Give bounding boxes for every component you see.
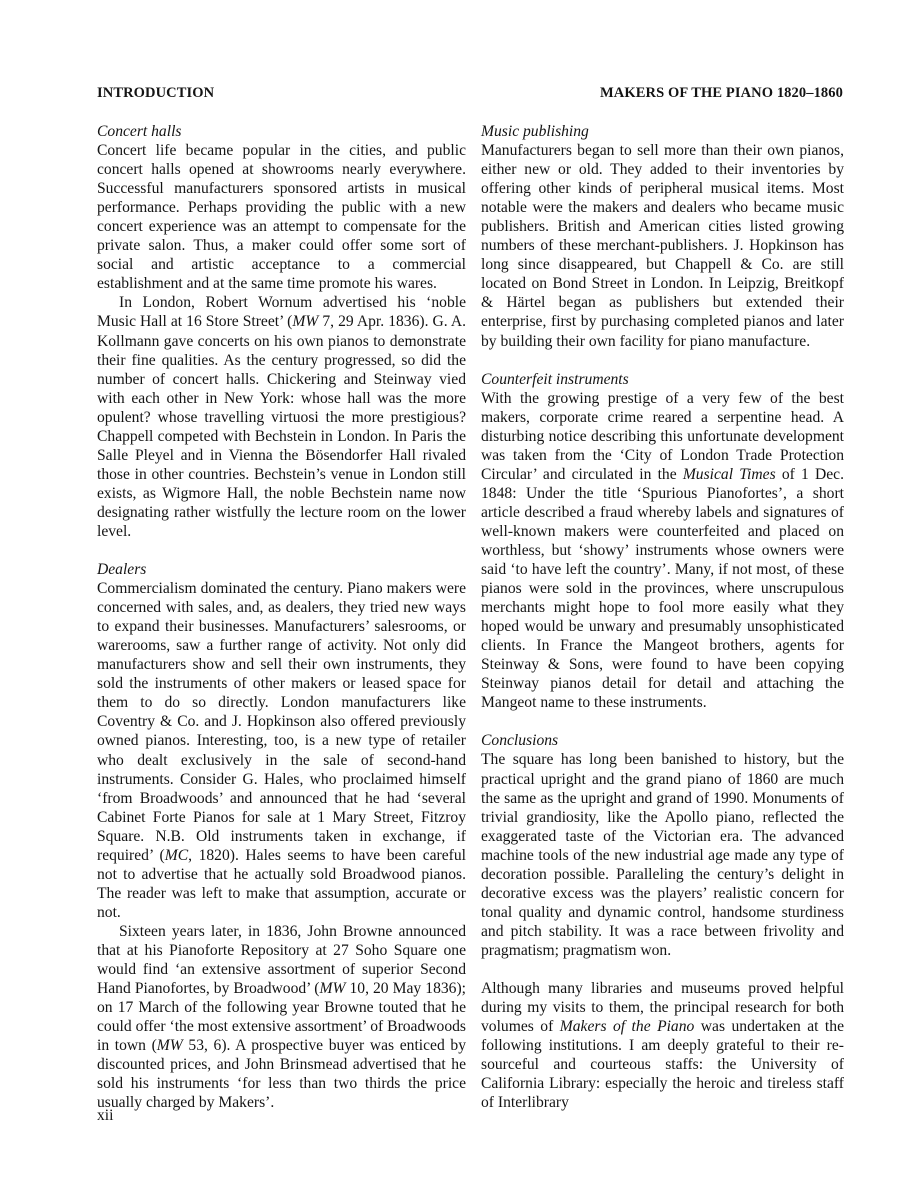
page-number: xii xyxy=(97,1107,113,1125)
paragraph: Manufacturers began to sell more than th… xyxy=(481,141,844,351)
section-dealers: Dealers Commercialism dominated the cent… xyxy=(97,560,466,1112)
right-column: Music publishing Manufacturers began to … xyxy=(481,122,844,1112)
paragraph: In London, Robert Wornum advertised his … xyxy=(97,293,466,541)
citation: MW xyxy=(292,313,318,330)
left-column: Concert halls Concert life became popula… xyxy=(97,122,466,1112)
paragraph: Sixteen years later, in 1836, John Brown… xyxy=(97,922,466,1112)
citation: Makers of the Piano xyxy=(560,1018,695,1035)
section-acknowledgements: Although many libraries and museums prov… xyxy=(481,979,844,1112)
section-title-concert-halls: Concert halls xyxy=(97,122,466,141)
section-counterfeit-instruments: Counterfeit instruments With the growing… xyxy=(481,370,844,713)
text: Commercialism dominated the century. Pia… xyxy=(97,580,466,864)
section-title-counterfeit-instruments: Counterfeit instruments xyxy=(481,370,844,389)
paragraph: Concert life became popular in the citie… xyxy=(97,141,466,293)
paragraph: The square has long been banished to his… xyxy=(481,750,844,960)
running-head-left: INTRODUCTION xyxy=(97,85,214,102)
citation: MW xyxy=(319,980,345,997)
paragraph: Commercialism dominated the century. Pia… xyxy=(97,579,466,922)
text: of 1 Dec. 1848: Under the title ‘Spuriou… xyxy=(481,466,844,712)
paragraph: Although many libraries and museums prov… xyxy=(481,979,844,1112)
section-title-conclusions: Conclusions xyxy=(481,731,844,750)
section-title-dealers: Dealers xyxy=(97,560,466,579)
citation: Musical Times xyxy=(683,466,776,483)
citation: MW xyxy=(157,1037,183,1054)
section-title-music-publishing: Music publishing xyxy=(481,122,844,141)
section-music-publishing: Music publishing Manufacturers began to … xyxy=(481,122,844,351)
running-head-right: MAKERS OF THE PIANO 1820–1860 xyxy=(600,85,843,102)
paragraph: With the growing prestige of a very few … xyxy=(481,389,844,713)
citation: MC xyxy=(165,847,188,864)
section-concert-halls: Concert halls Concert life became popula… xyxy=(97,122,466,541)
section-conclusions: Conclusions The square has long been ban… xyxy=(481,731,844,960)
text: 7, 29 Apr. 1836). G. A. Kollmann gave co… xyxy=(97,313,466,540)
